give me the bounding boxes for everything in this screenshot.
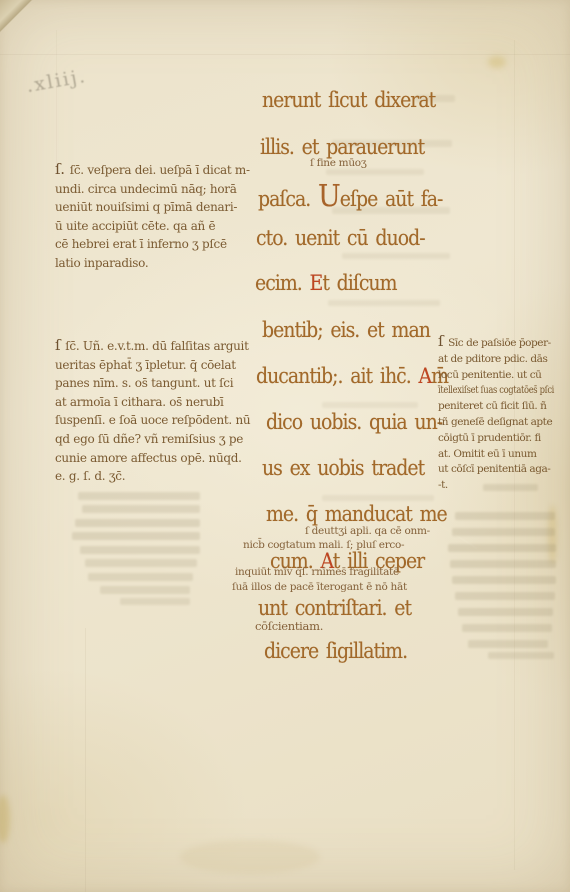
gloss-text: ſc̄. veſpera dei. ueſpā ī dicat m- [70,163,250,177]
show-through-line [78,492,200,500]
interlinear-gloss: inquiūt mīv q̄ſ. rnīmes̄ fragilitatē [235,566,399,578]
show-through-line [85,559,197,567]
main-text-line: us ex uobis tradet [262,456,424,480]
paragraph-mark: ſ [55,336,60,354]
manuscript-page: .xliij. nerunt ſicut dixerat illis. et p… [0,0,570,892]
main-text-line: ducantib;. ait ihc̄. Am̄ [256,364,448,388]
ruling-line [0,54,570,55]
gloss-line: at de pditore pdic. dās [438,352,570,368]
line-text: unt contriſtari. et [258,596,411,620]
show-through-line [322,495,434,501]
line-text: us ex uobis tradet [262,456,424,480]
main-text-line: ecim. Et diſcum [255,271,397,295]
gloss-line: locū penitentie. ut cū [438,368,570,384]
line-text: dicere ſigillatim. [264,639,407,663]
page-corner-edge [0,0,40,36]
show-through-line [452,528,555,536]
margin-gloss-left-upper: ſ.ſc̄. veſpera dei. ueſpā ī dicat m- und… [55,160,250,273]
show-through-line [75,519,200,527]
show-through-line [488,652,554,659]
main-text-line: paſca. Ueſpe aūt fa- [258,179,442,214]
line-text: me. q̄ manducat me [266,502,447,526]
show-through-line [462,624,552,632]
gloss-line: tñ geneſē deſignat apte [438,415,570,431]
show-through-line [82,505,200,513]
interlinear-gloss: ſ deuttʒi apli. qa cē onm- [305,525,430,537]
gloss-line: ſ.ſc̄. veſpera dei. ueſpā ī dicat m- [55,160,250,180]
line-text: nerunt ſicut dixerat [262,88,435,112]
ruling-line [56,30,57,170]
gloss-line: ueniūt nouiſsimi q pīmā denari- [55,198,250,217]
line-text: ducantib;. ait ihc̄. [256,364,418,388]
main-text-line: cto. uenit cū duod- [256,226,425,250]
show-through-line [455,512,555,520]
line-text: illis. et parauerunt [260,135,424,159]
line-text: cto. uenit cū duod- [256,226,425,250]
margin-gloss-left-lower: ſſc̄. Uñ. e.v.t.m. dū falſitas arguit ue… [55,336,250,486]
parchment-stain [0,795,10,843]
show-through-line [452,576,556,584]
main-text-line: unt contriſtari. et [258,596,411,620]
gloss-line: at. Omitit eū ī unum [438,447,570,463]
gloss-line: cunie amore affectus opē. nūqd. [55,449,250,468]
show-through-line [326,169,424,175]
paragraph-mark: ſ. [55,160,65,178]
gloss-line: undi. circa undecimū nāq; horā [55,180,250,199]
show-through-line [100,586,190,594]
show-through-line [80,546,200,554]
gloss-line: ītellexiſset ſuas cogtatōes̄ pſci [438,383,554,399]
show-through-line [120,598,190,605]
parchment-stain [488,56,506,68]
gloss-line: cōigtū ī prudentiōr. fi [438,431,570,447]
line-text: dico uobis. quia un- [266,410,442,434]
show-through-line [448,544,556,552]
gloss-text: ſc̄. Uñ. e.v.t.m. dū falſitas arguit [65,339,248,353]
show-through-line [328,300,440,306]
show-through-line [450,560,556,568]
gloss-line: ut cōſcī penitentiā aga- [438,462,570,478]
gloss-line: latio inparadiso. [55,254,250,273]
main-text-line: dico uobis. quia un- [266,410,442,434]
interlinear-gloss: cōſcientiam. [255,619,323,633]
main-text-line: me. q̄ manducat me [266,502,447,526]
show-through-line [342,253,450,259]
main-text-line: dicere ſigillatim. [264,639,407,663]
gloss-line: peniteret cū ficit ſiū. ñ [438,399,570,415]
gloss-line: qd ego ſū dñe? vñ remiſsius ʒ pe [55,430,250,449]
gloss-line: -t. [438,478,570,494]
gloss-text: Sīc de paſsiōe p̄oper- [448,337,551,349]
line-text: ecim. [255,271,310,295]
gloss-line: ſſc̄. Uñ. e.v.t.m. dū falſitas arguit [55,336,250,356]
paragraph-mark: ſ [438,332,443,350]
rubric-letter: E [310,271,323,295]
main-text-line: illis. et parauerunt [260,135,424,159]
ruling-line [85,628,86,892]
line-text: t diſcum [322,271,396,295]
show-through-line [88,573,193,581]
gloss-line: ū uite accipiūt cēte. qa añ ē [55,217,250,236]
decorated-initial: U [318,179,340,214]
show-through-line [455,592,555,600]
margin-gloss-right: ſSīc de paſsiōe p̄oper- at de pditore pd… [438,334,570,494]
line-text: bentib; eis. et man [262,318,430,342]
interlinear-gloss: ſuā illos de pacē īterogant ē nō hāt [232,581,407,593]
gloss-line: at armoīa ī cithara. os̄ nerubī [55,393,250,412]
parchment-stain [180,840,320,874]
show-through-line [72,532,200,540]
interlinear-gloss: ſ fine mūoʒ [310,157,366,169]
interlinear-gloss: nicb̄ cogtatum mali. ſ; pluſ erco- [243,539,404,551]
line-text: eſpe aūt fa- [340,187,443,211]
gloss-line: e. g. ſ. d. ʒc̄. [55,467,250,486]
gloss-line: ſSīc de paſsiōe p̄oper- [438,334,570,352]
gloss-line: ſuspenſī. e ſoā uoce reſpōdent. nū [55,411,250,430]
gloss-line: cē hebrei erat ī inferno ʒ pſcē [55,235,250,254]
rubric-letter: A [418,364,431,388]
gloss-line: panes nīm. s. os̄ tangunt. ut ſci [55,374,250,393]
main-text-line: nerunt ſicut dixerat [262,88,435,112]
gloss-line: ueritas ēphat̄ ʒ īpletur. q̄ cōelat [55,356,250,375]
show-through-line [468,640,548,648]
main-text-line: bentib; eis. et man [262,318,430,342]
line-text: paſca. [258,187,318,211]
show-through-line [458,608,553,616]
show-through-line [322,402,418,408]
